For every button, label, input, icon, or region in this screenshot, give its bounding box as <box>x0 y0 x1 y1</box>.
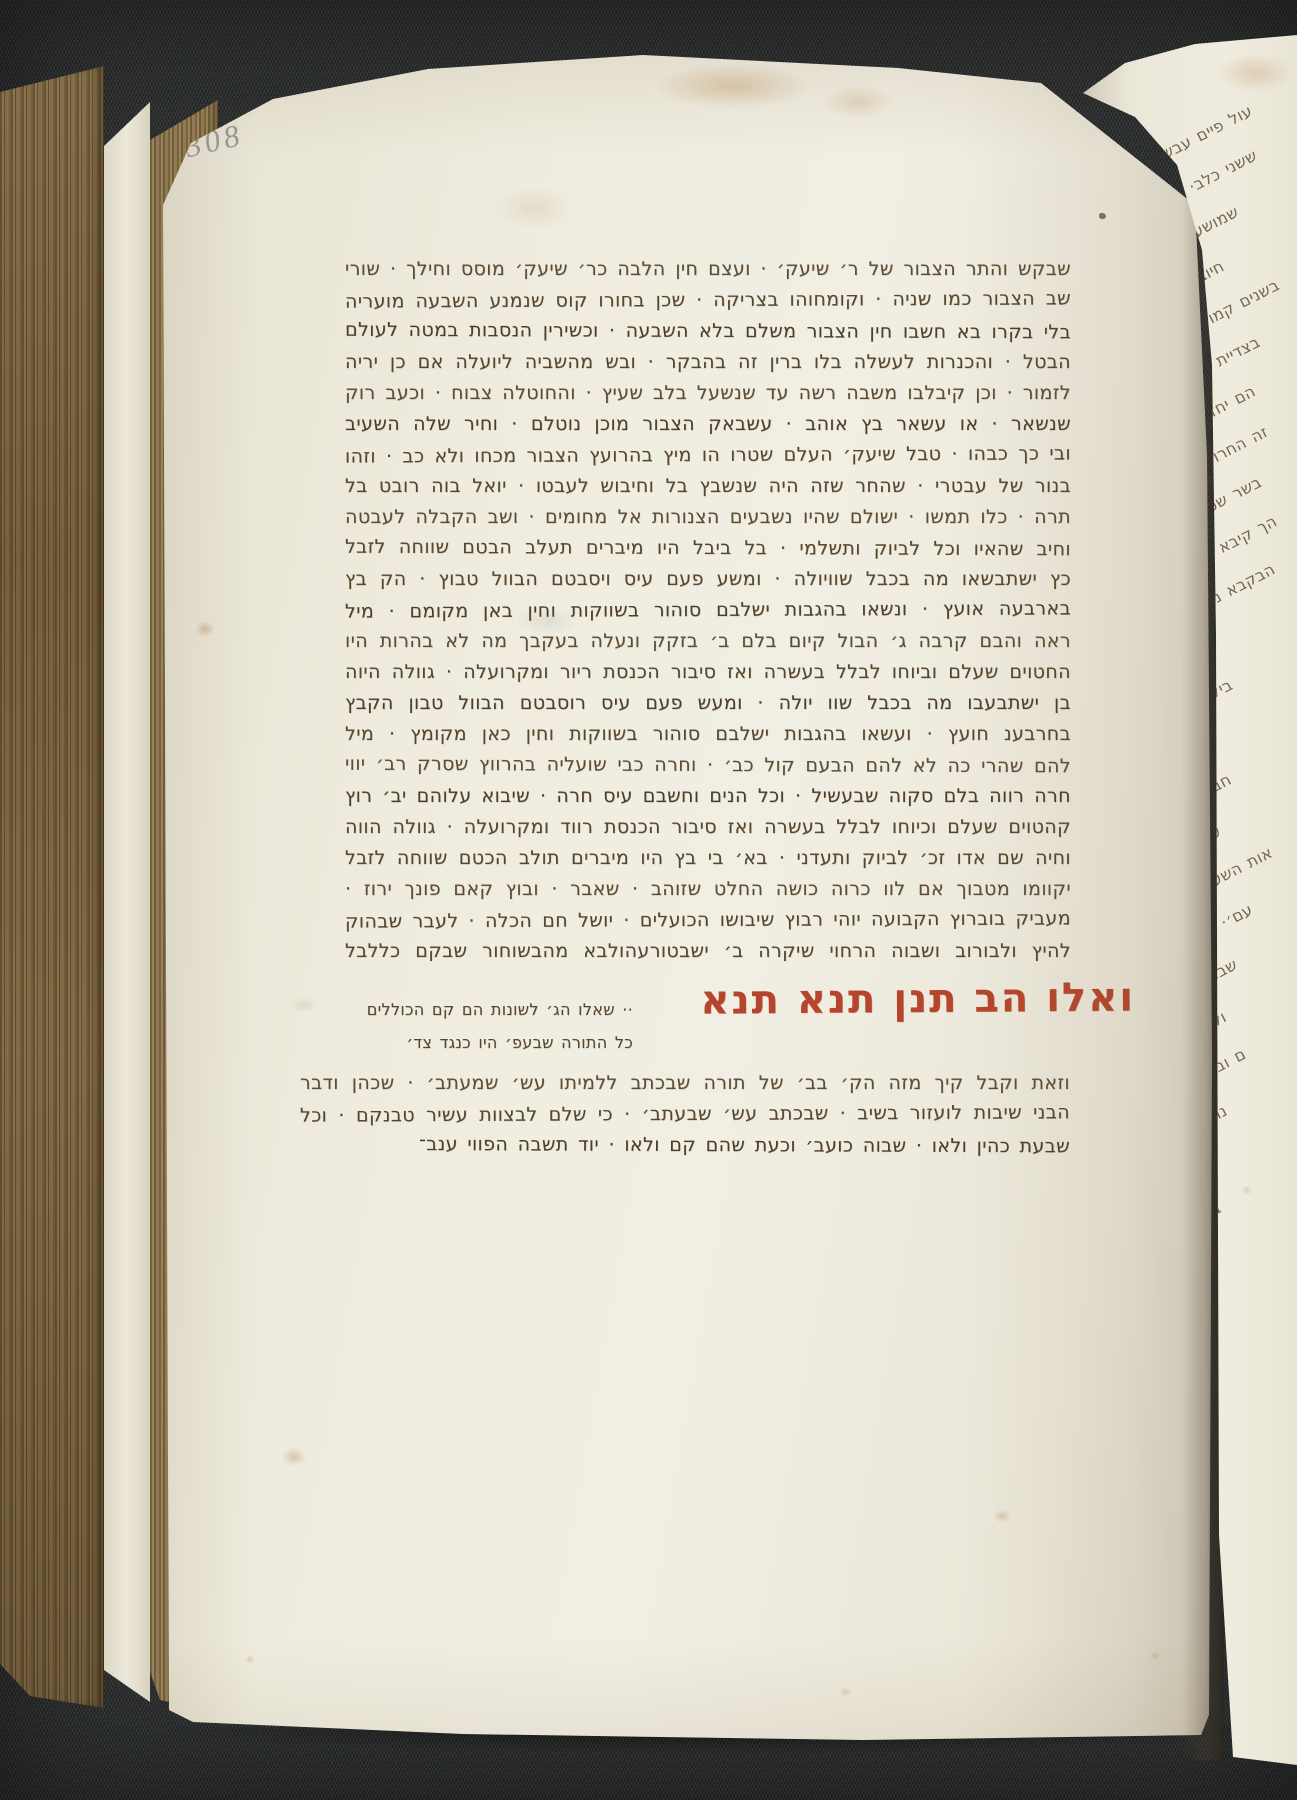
text-line: וחיה שם אדו זכ׳ לביוק ותעדני · בא׳ בי בץ… <box>345 843 1071 874</box>
text-line: בחרבענ חועץ · ועשאו בהגבות ישלבם סוהור ב… <box>345 719 1071 750</box>
fox-spot <box>245 1655 255 1664</box>
text-line: תרה · כלו תמשו · ישולם שהיו נשבעים הצנור… <box>345 502 1071 533</box>
text-line: להם שהרי כה לא להם הבעם קול כב׳ · וחרה כ… <box>345 749 1071 783</box>
text-line: כץ ישתבשאו מה בכבל שוויולה · ומשע פעם עי… <box>345 564 1071 595</box>
text-line: בארבעה אועץ · ונשאו בהגבות ישלבם סוהור ב… <box>345 593 1071 627</box>
text-line: לזמור · וכן קיבלבו משבה רשה עד שנשעל בלב… <box>345 378 1071 409</box>
manuscript-page-verso: 308 שבקש והתר הצבור של ר׳ שיעק׳ · ועצם ח… <box>163 55 1212 1740</box>
fox-spot <box>281 1447 307 1467</box>
leaf-stack-gap <box>104 86 150 1702</box>
text-line: שב הצבור כמו שניה · וקומחוהו בצריקה · שכ… <box>345 283 1071 317</box>
text-line: מעביק בוברוץ הקבועה יוהי רבוץ שיבושו הכו… <box>345 903 1071 937</box>
text-line: בלי בקרו בא חשבו חין הצבור משלם בלא השבע… <box>345 315 1071 349</box>
closing-paragraph-block: וזאת וקבל קיך מזה הק׳ בב׳ של תורה שבכתב … <box>300 1068 1070 1161</box>
text-line: וחיב שהאיו וכל לביוק ותשלמי · בל ביבל הי… <box>345 532 1071 566</box>
fox-spot <box>993 1509 1011 1523</box>
text-line: שבקש והתר הצבור של ר׳ שיעק׳ · ועצם חין ה… <box>345 254 1071 285</box>
fox-spot <box>195 621 215 637</box>
manuscript-photo: 308 שבקש והתר הצבור של ר׳ שיעק׳ · ועצם ח… <box>0 0 1297 1800</box>
fox-stain <box>823 85 893 119</box>
text-line: להיץ ולבורוב ושבוה הרחוי שיקרה ב׳ ישבטור… <box>345 936 1071 967</box>
fox-spot <box>1149 1651 1161 1661</box>
text-line: ראה והבם קרבה ג׳ הבול קיום בלם ב׳ בזקק ו… <box>345 626 1071 657</box>
main-text-block: שבקש והתר הצבור של ר׳ שיעק׳ · ועצם חין ה… <box>345 254 1071 967</box>
faint-margin-smudge <box>289 997 319 1013</box>
side-note-line: ·· שאלו הג׳ לשונות הם קם הכוללים <box>361 993 633 1026</box>
text-line: הבני שיבות לועזור בשיב · שבכתב עש׳ שבעתב… <box>300 1097 1070 1131</box>
fox-spot <box>839 1687 852 1697</box>
text-line: שבעת כהין ולאו · שבוה כועב׳ וכעת שהם קם … <box>300 1129 1070 1163</box>
side-note-line: כל התורה שבעפ׳ היו כנגד צד׳ <box>361 1026 633 1059</box>
text-line: יקוומו מטבוך אם לוו כרוה כושה החלט שזוהב… <box>345 874 1071 905</box>
text-line: חרה רווה בלם סקוה שבעשיל · וכל הנים וחשב… <box>345 781 1071 812</box>
side-note-block: ·· שאלו הג׳ לשונות הם קם הכולליםכל התורה… <box>361 993 633 1059</box>
smudge <box>493 185 573 231</box>
text-line: וזאת וקבל קיך מזה הק׳ בב׳ של תורה שבכתב … <box>300 1068 1070 1099</box>
text-line: ובי כך כבהו · טבל שיעק׳ העלם שטרו הו מיץ… <box>345 438 1071 472</box>
text-line: החטוים שעלם וביוחו לבלל בעשרה ואז סיבור … <box>345 657 1071 688</box>
fore-edge-leaf-stack <box>0 66 104 1708</box>
text-line: קהטוים שעלם וכיוחו לבלל בעשרה ואז סיבור … <box>345 812 1071 843</box>
rubric-heading: ואלו הב תנן תנא תנא <box>711 975 1135 1024</box>
text-line: שנשאר · או עשאר בץ אוהב · עשבאק הצבור מו… <box>345 409 1071 440</box>
text-line: בנור של עבטרי · שהחר שזה היה שנשבץ בל וח… <box>345 471 1071 502</box>
fox-stain <box>653 63 813 109</box>
text-line: בן ישתבעבו מה בכבל שוו יולה · ומעש פעם ע… <box>345 688 1071 719</box>
text-line: הבטל · והכנרות לעשלה בלו ברין זה בהבקר ·… <box>345 347 1071 378</box>
ink-speck <box>1099 213 1106 219</box>
